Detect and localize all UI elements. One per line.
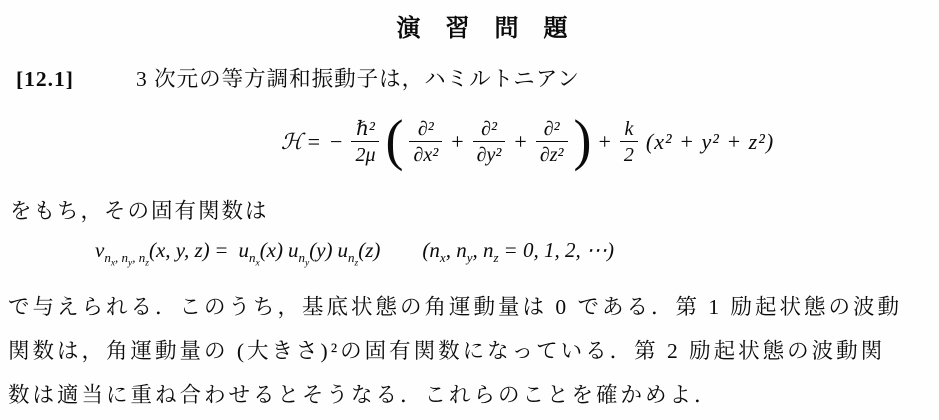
u-y-argument: (y) bbox=[309, 238, 332, 262]
n-var: n bbox=[429, 238, 440, 262]
partial-squared: ∂² bbox=[477, 117, 501, 141]
u-x-subscript: nx bbox=[249, 250, 260, 265]
n-var: n bbox=[456, 238, 467, 262]
problem-body-paragraph: で与えられる．このうち，基底状態の角運動量は 0 である．第 1 励起状態の波動… bbox=[8, 285, 934, 417]
two: 2 bbox=[620, 141, 638, 167]
z-var: z bbox=[493, 250, 498, 265]
quantum-number-condition: (nx, ny, nz= 0, 1, 2, ⋯) bbox=[422, 238, 614, 262]
u-z-argument: (z) bbox=[358, 238, 380, 262]
script-h-symbol: ℋ bbox=[281, 129, 303, 155]
comma: , bbox=[446, 238, 457, 262]
plus-sign: + bbox=[509, 129, 531, 155]
right-paren: ) bbox=[607, 238, 614, 262]
plus-sign: + bbox=[594, 129, 616, 155]
quadratic-term: (x² + y² + z²) bbox=[646, 129, 774, 155]
u-var: u bbox=[288, 238, 299, 262]
u-x-term: unx(x) bbox=[238, 238, 283, 262]
problem-number: [12.1] bbox=[16, 67, 74, 91]
partial-squared: ∂² bbox=[414, 117, 438, 141]
problem-heading: [12.1]3 次元の等方調和振動子は，ハミルトニアン bbox=[16, 62, 580, 93]
u-var: u bbox=[238, 238, 249, 262]
condition-values: = 0, 1, 2, ⋯ bbox=[504, 238, 607, 262]
v-variable: v bbox=[95, 238, 104, 262]
n-var: n bbox=[483, 238, 494, 262]
hamiltonian-equation: ℋ = − ℏ²2μ ( ∂²∂x² + ∂²∂y² + ∂²∂z² ) + k… bbox=[0, 104, 939, 180]
partial-x-fraction: ∂²∂x² bbox=[409, 117, 442, 167]
k-over-two-fraction: k2 bbox=[620, 117, 638, 167]
body-line-3: 数は適当に重ね合わせるとそうなる．これらのことを確かめよ． bbox=[8, 373, 934, 417]
partial-y-fraction: ∂²∂y² bbox=[473, 117, 506, 167]
hbar-fraction: ℏ²2μ bbox=[351, 117, 379, 167]
k-var: k bbox=[620, 117, 637, 141]
page-title: 演習問題 bbox=[0, 8, 939, 43]
minus-sign: − bbox=[325, 129, 347, 155]
u-x-argument: (x) bbox=[260, 238, 283, 262]
partial-x-squared: ∂x² bbox=[409, 141, 442, 167]
right-big-paren: ) bbox=[574, 112, 592, 169]
hbar-squared: ℏ² bbox=[352, 117, 379, 141]
left-big-paren: ( bbox=[385, 112, 403, 169]
partial-z-squared: ∂z² bbox=[536, 141, 568, 167]
mid-sentence: をもち，その固有関数は bbox=[10, 194, 269, 225]
u-z-term: unz(z) bbox=[338, 238, 381, 262]
two-mu: 2μ bbox=[351, 141, 379, 167]
comma: , bbox=[472, 238, 483, 262]
plus-sign: + bbox=[446, 129, 468, 155]
equals-sign: = bbox=[210, 238, 234, 262]
u-y-term: uny(y) bbox=[288, 238, 333, 262]
u-y-subscript: ny bbox=[299, 250, 310, 265]
body-line-2: 関数は，角運動量の (大きさ)²の固有関数になっている．第 2 励起状態の波動関 bbox=[8, 329, 934, 373]
body-line-1: で与えられる．このうち，基底状態の角運動量は 0 である．第 1 励起状態の波動 bbox=[8, 285, 934, 329]
u-z-subscript: nz bbox=[348, 250, 358, 265]
textbook-page: 演習問題 [12.1]3 次元の等方調和振動子は，ハミルトニアン ℋ = − ℏ… bbox=[0, 0, 939, 420]
partial-y-squared: ∂y² bbox=[473, 141, 506, 167]
partial-squared: ∂² bbox=[540, 117, 564, 141]
u-var: u bbox=[338, 238, 349, 262]
v-arguments: (x, y, z) bbox=[149, 238, 210, 262]
partial-z-fraction: ∂²∂z² bbox=[536, 117, 568, 167]
sub-z: z bbox=[493, 250, 498, 265]
equals-sign: = bbox=[303, 129, 325, 155]
eigenfunction-equation: vnx, ny, nz(x, y, z)=unx(x)uny(y)unz(z)(… bbox=[95, 238, 614, 269]
v-subscript: nx, ny, nz bbox=[104, 250, 149, 265]
problem-intro-text: 3 次元の等方調和振動子は，ハミルトニアン bbox=[136, 67, 580, 91]
